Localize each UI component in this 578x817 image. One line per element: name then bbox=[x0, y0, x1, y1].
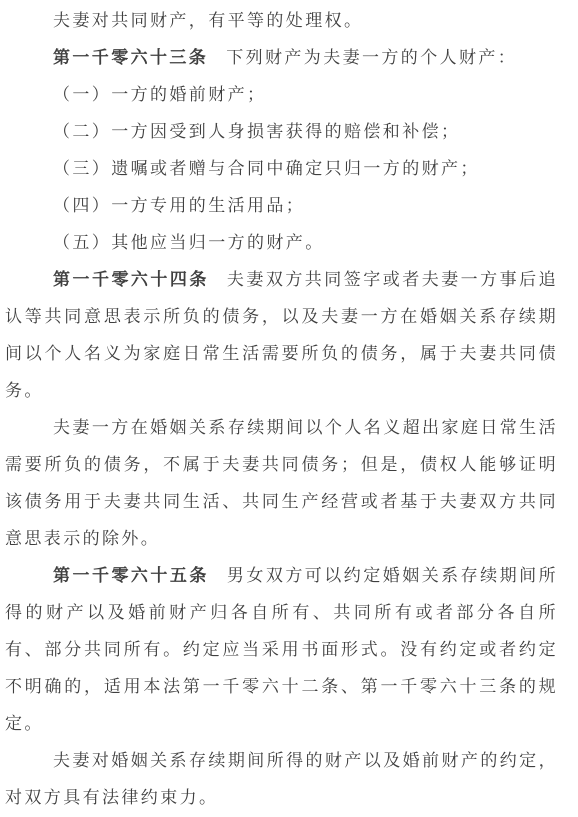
paragraph-text: （一）一方的婚前财产； bbox=[53, 85, 266, 104]
paragraph: 夫妻对共同财产，有平等的处理权。 bbox=[5, 2, 558, 39]
list-item: （五）其他应当归一方的财产。 bbox=[5, 224, 558, 261]
paragraph-text: （五）其他应当归一方的财产。 bbox=[53, 233, 325, 252]
list-item: （一）一方的婚前财产； bbox=[5, 76, 558, 113]
list-item: （四）一方专用的生活用品； bbox=[5, 187, 558, 224]
article-number: 第一千零六十五条 bbox=[53, 566, 209, 585]
paragraph-text: 夫妻双方共同签字或者夫妻一方事后追认等共同意思表示所负的债务，以及夫妻一方在婚姻… bbox=[5, 270, 558, 400]
list-item: （三）遗嘱或者赠与合同中确定只归一方的财产； bbox=[5, 150, 558, 187]
paragraph: 夫妻一方在婚姻关系存续期间以个人名义超出家庭日常生活需要所负的债务，不属于夫妻共… bbox=[5, 409, 558, 557]
list-item: （二）一方因受到人身损害获得的赔偿和补偿； bbox=[5, 113, 558, 150]
paragraph-text: 男女双方可以约定婚姻关系存续期间所得的财产以及婚前财产归各自所有、共同所有或者部… bbox=[5, 566, 558, 733]
paragraph-text: 夫妻对婚姻关系存续期间所得的财产以及婚前财产的约定，对双方具有法律约束力。 bbox=[5, 751, 558, 807]
paragraph: 夫妻对婚姻关系存续期间所得的财产以及婚前财产的约定，对双方具有法律约束力。 bbox=[5, 742, 558, 816]
paragraph-text: 夫妻一方在婚姻关系存续期间以个人名义超出家庭日常生活需要所负的债务，不属于夫妻共… bbox=[5, 418, 558, 548]
article-number: 第一千零六十四条 bbox=[53, 270, 209, 289]
article-paragraph: 第一千零六十四条夫妻双方共同签字或者夫妻一方事后追认等共同意思表示所负的债务，以… bbox=[5, 261, 558, 409]
paragraph-text: （三）遗嘱或者赠与合同中确定只归一方的财产； bbox=[53, 159, 480, 178]
article-paragraph: 第一千零六十三条下列财产为夫妻一方的个人财产： bbox=[5, 39, 558, 76]
paragraph-text: （二）一方因受到人身损害获得的赔偿和补偿； bbox=[53, 122, 460, 141]
document-page: 夫妻对共同财产，有平等的处理权。 第一千零六十三条下列财产为夫妻一方的个人财产：… bbox=[0, 0, 578, 817]
document-body: 夫妻对共同财产，有平等的处理权。 第一千零六十三条下列财产为夫妻一方的个人财产：… bbox=[5, 2, 558, 816]
paragraph-text: （四）一方专用的生活用品； bbox=[53, 196, 305, 215]
paragraph-text: 下列财产为夫妻一方的个人财产： bbox=[226, 48, 517, 67]
article-paragraph: 第一千零六十五条男女双方可以约定婚姻关系存续期间所得的财产以及婚前财产归各自所有… bbox=[5, 557, 558, 742]
article-number: 第一千零六十三条 bbox=[53, 48, 208, 67]
paragraph-text: 夫妻对共同财产，有平等的处理权。 bbox=[53, 11, 363, 30]
